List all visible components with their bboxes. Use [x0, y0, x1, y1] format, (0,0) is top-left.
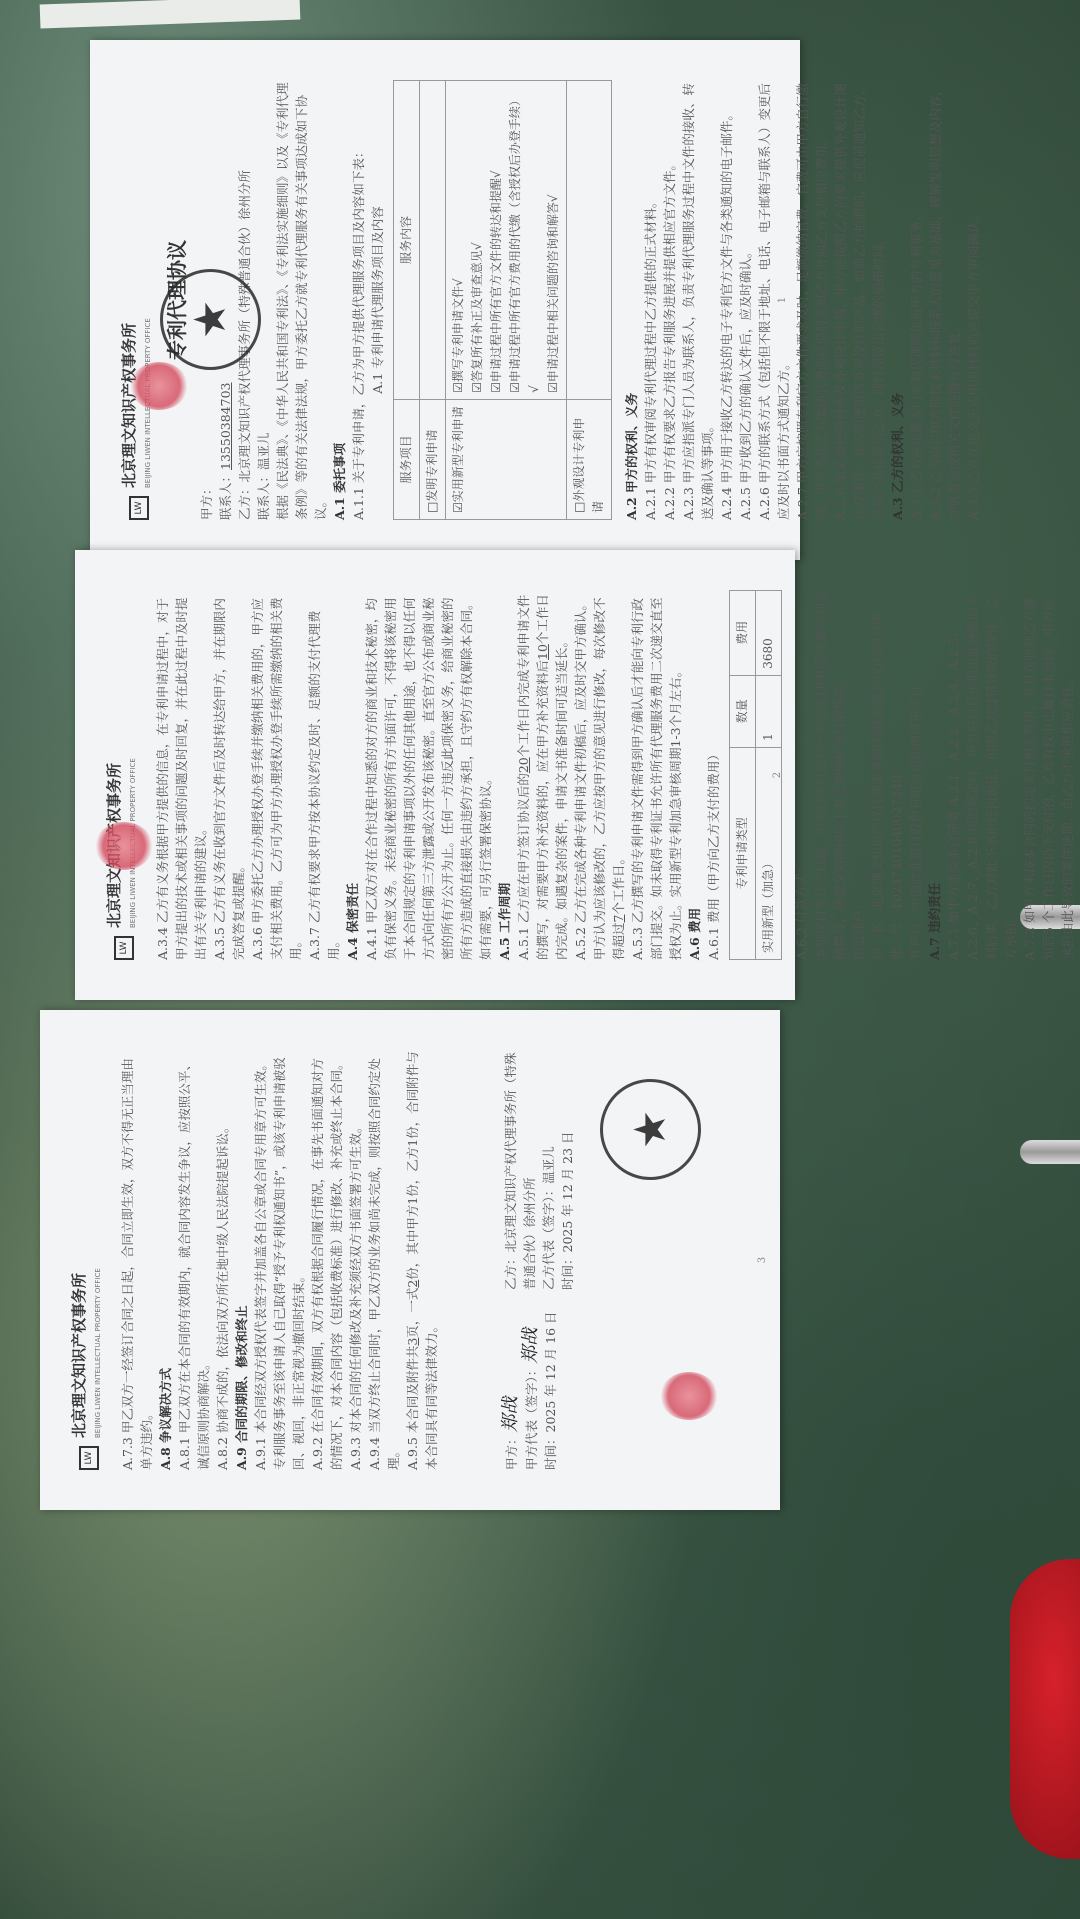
party-a-label: 甲方：	[199, 482, 214, 520]
company-seal: ★	[600, 1079, 701, 1180]
page-header: LW 北京理文知识产权事务所BEIJING LIWEN INTELLECTUAL…	[105, 590, 143, 960]
service-content: ☑撰写专利申请文件√ ☑答复所有补正及审查意见√ ☑申请过程中所有官方文件的转达…	[446, 81, 567, 400]
service-content	[567, 81, 612, 400]
signature-block: 甲方：郑战 甲方代表（签字）：郑战 时间：2025 年 12 月 16 日 乙方…	[501, 1050, 577, 1470]
table-header: 服务项目	[394, 399, 420, 519]
clause-item: A.2.3 甲方应指派专门人员为联系人，负责专利代理服务过程中文件的接收、转送及…	[679, 80, 717, 520]
clause-item: A.7.3 甲乙双方一经签订合同之日起，合同立即生效，双方不得无正当理由单方违约…	[118, 1050, 156, 1470]
firm-logo: LW	[129, 496, 149, 520]
clause-a9-2: A.9.2 在合同有效期间，双方有权根据合同履行情况，在事先书面通知对方的情况下…	[308, 1050, 346, 1470]
page-header: LW 北京理文知识产权事务所 BEIJING LIWEN INTELLECTUA…	[120, 80, 158, 520]
clause-a6-1: A.6.1 费用（甲方向乙方支付的费用）	[704, 590, 723, 960]
section-a2-heading: A.2 甲方的权利、义务	[622, 80, 641, 520]
section-a3-list: A.3.1 乙方应指派专门专利代理师负责甲方的专利事务。A.3.2 乙方应以甲方…	[907, 80, 983, 520]
clause-a9-1: A.9.1 本合同经双方授权代表签字并加盖各自公章或合同专用章方可生效。专利服务…	[251, 1050, 308, 1470]
thumbprint	[130, 362, 188, 410]
red-object	[1010, 1559, 1080, 1859]
clause-a6-2-heading: A.6.2 付款方式：	[792, 590, 811, 960]
company-seal: ★	[160, 269, 261, 370]
preamble: 根据《民法典》、《中华人民共和国专利法》、《专利法实施细则》以及《专利代理条例》…	[273, 80, 330, 520]
party-b-signature-block: 乙方：北京理文知识产权代理事务所（特殊普通合伙）徐州分所 乙方代表（签字）：温亚…	[501, 1050, 577, 1290]
clause-item: A.2.1 甲方有权审阅专利代理过程中乙方提供的正式材料。	[641, 80, 660, 520]
contact-a-phone: 13550384703	[218, 383, 233, 470]
clause-item: A.3.5 乙方有义务在收到官方文件后及时转达给甲方，并在期限内完成答复或提醒。	[210, 590, 248, 960]
clause-item: A.3.4 乙方有义务根据甲方提供的信息，在专利申请过程中，对于甲方提出的技术或…	[153, 590, 210, 960]
clause-a7-1: A.7.1 如甲方违反本合同第 A.2.1、A.2.2、A.2.4、A.2.5、…	[944, 590, 1020, 960]
table-header: 专利申请类型	[730, 747, 756, 959]
firm-name: 北京理文知识产权事务所	[70, 1268, 89, 1438]
table-header: 费用	[730, 591, 756, 676]
clause-item: A.2.4 甲方用于接收乙方转达的电子专利官方文件与各类通知的电子邮件。	[717, 80, 736, 520]
thumbprint	[95, 822, 153, 870]
page-number: 2	[768, 550, 787, 1000]
table-caption: A.1 专利申请代理服务项目及内容	[368, 80, 387, 520]
table-header: 数量	[730, 675, 756, 747]
pen	[1020, 1140, 1080, 1164]
account-name: 户 名：北京理文知识产权代理事务所(特殊普通合伙)徐州分所	[868, 590, 887, 960]
clause-a6-2: 本协议自签订之日起，甲方应支付乙方一半定金1840元全额专利文稿撰写，待提交到国…	[811, 590, 849, 960]
section-a5-heading: A.5 工作周期	[495, 590, 514, 960]
section-a9-heading: A.9 合同的期限、修改和终止	[232, 1050, 251, 1470]
account-number: 账 号：10247401040027248	[887, 590, 906, 960]
clause-item: A.2.8 如某委托项目涉及外观设计申请，甲方应按照乙方的要求提供外观设计图片及…	[831, 80, 888, 520]
party-a-signature-block: 甲方：郑战 甲方代表（签字）：郑战 时间：2025 年 12 月 16 日	[501, 1312, 577, 1471]
clause-a9-3: A.9.3 对本合同的任何修改及补充须经双方书面签署方可生效。	[346, 1050, 365, 1470]
page-number: 3	[753, 1010, 772, 1510]
clause-a5-1: A.5.1 乙方应在甲方签订协议后的20个工作日内完成专利申请文件的撰写，对需要…	[514, 590, 571, 960]
account-intro: 指定账户：	[849, 590, 868, 960]
clause-item: A.3.2 乙方应以甲方的技术材料和联系人的意见为基础，理解发明思想及内容，并负…	[926, 80, 964, 520]
signature: 郑战	[500, 1396, 521, 1432]
page3-intro: A.7.3 甲乙双方一经签订合同之日起，合同立即生效，双方不得无正当理由单方违约…	[118, 1050, 156, 1470]
firm-logo: LW	[79, 1446, 99, 1470]
clause-item: A.2.7 甲方应按照专利官方文件要求及时、足额缴纳官费。官费可由甲方自行缴纳，…	[793, 80, 831, 520]
clause-a1-1: A.1.1 关于专利申请，乙方为甲方提供代理服务项目及内容如下表：	[349, 80, 368, 520]
section-a6-heading: A.6 费用	[685, 590, 704, 960]
section-a1-heading: A.1 委托事项	[330, 80, 349, 520]
clause-a5-3: A.5.3 乙方撰写的专利申请文件需得到甲方确认后才能向专利行政部门提交。如未取…	[628, 590, 685, 960]
work-days-value: 7	[611, 915, 626, 923]
contact-a-label: 联系人：	[218, 470, 233, 520]
clause-a4-1: A.4.1 甲乙双方对在合作过程中知悉的对方的商业和技术秘密，均负有保密义务。未…	[362, 590, 495, 960]
section-a2-list: A.2.1 甲方有权审阅专利代理过程中乙方提供的正式材料。A.2.2 甲方有权要…	[641, 80, 888, 520]
section-a8-heading: A.8 争议解决方式	[156, 1050, 175, 1470]
section-a7-heading: A.7 违约责任	[925, 590, 944, 960]
firm-name-en: BEIJING LIWEN INTELLECTUAL PROPERTY OFFI…	[89, 1268, 108, 1438]
clause-item: A.3.3 乙方在提交正式申请材料前应提交甲方审阅确认。	[964, 80, 983, 520]
clause-item: A.3.1 乙方应指派专门专利代理师负责甲方的专利事务。	[907, 80, 926, 520]
clause-item: A.2.2 甲方有权要求乙方报告专利服务进展并提供相应官方文件。	[660, 80, 679, 520]
clause-a8-2: A.8.2 协商不成的，依法向双方所在地中级人民法院提起诉讼。	[213, 1050, 232, 1470]
service-item: □发明专利申请	[420, 399, 446, 519]
section-a3-heading: A.3 乙方的权利、义务	[888, 80, 907, 520]
table-row: □外观设计专利申请	[567, 81, 612, 520]
service-item: ☑实用新型专利申请	[446, 399, 567, 519]
firm-logo: LW	[114, 936, 134, 960]
page-header: LW 北京理文知识产权事务所BEIJING LIWEN INTELLECTUAL…	[70, 1050, 108, 1470]
clause-item: A.3.6 甲方委托乙方办理授权办登手续并缴纳相关费用的，甲方应支付相关费用。乙…	[248, 590, 305, 960]
table-header: 服务内容	[394, 81, 420, 400]
party-a-date: 时间：2025 年 12 月 16 日	[541, 1312, 560, 1471]
clause-item: A.3.7 乙方有权要求甲方按本协议约定及时、足额的支付代理费用。	[305, 590, 343, 960]
bank-name: 开户行：中国农业银行股份有限公司徐州塔东支行	[906, 590, 925, 960]
section-a4-heading: A.4 保密责任	[343, 590, 362, 960]
signature: 郑战	[520, 1328, 541, 1364]
work-days-value: 20	[516, 757, 531, 773]
table-row: □发明专利申请	[420, 81, 446, 520]
party-b-date: 时间：2025 年 12 月 23 日	[558, 1050, 577, 1290]
thumbprint	[660, 1372, 718, 1420]
clause-a9-5: A.9.5 本合同及附件共3页，一式2份，其中甲方1份，乙方1份，合同附件与本合…	[403, 1050, 441, 1470]
service-item: □外观设计专利申请	[567, 399, 612, 519]
firm-name: 北京理文知识产权事务所	[120, 318, 139, 488]
page2-intro: A.3.4 乙方有义务根据甲方提供的信息，在专利申请过程中，对于甲方提出的技术或…	[153, 590, 343, 960]
service-content	[420, 81, 446, 400]
table-row: ☑实用新型专利申请☑撰写专利申请文件√ ☑答复所有补正及审查意见√ ☑申请过程中…	[446, 81, 567, 520]
clause-item: A.2.5 甲方收到乙方的确认文件后，应及时确认。	[736, 80, 755, 520]
clause-a7-2: A.7.2 如甲方未按本合同的约定支付相关费用，并且在收到乙方通知后5 个工作日…	[1020, 590, 1077, 960]
background-paper-scrap	[40, 0, 301, 29]
work-days-value: 10	[535, 644, 550, 660]
service-table: 服务项目服务内容 □发明专利申请 ☑实用新型专利申请☑撰写专利申请文件√ ☑答复…	[393, 80, 612, 520]
clause-a8-1: A.8.1 甲乙双方在本合同的有效期内，就合同内容发生争议，应按照公平、诚信原则…	[175, 1050, 213, 1470]
clause-a9-4: A.9.4 当双方终止合同时，甲乙双方的业务如尚未完成，则按照合同约定处理。	[365, 1050, 403, 1470]
page-number: 1	[773, 40, 792, 560]
clause-a5-2: A.5.2 乙方在完成各种专利申请文件初稿后，应及时交甲方确认。甲方认为应该修改…	[571, 590, 628, 960]
